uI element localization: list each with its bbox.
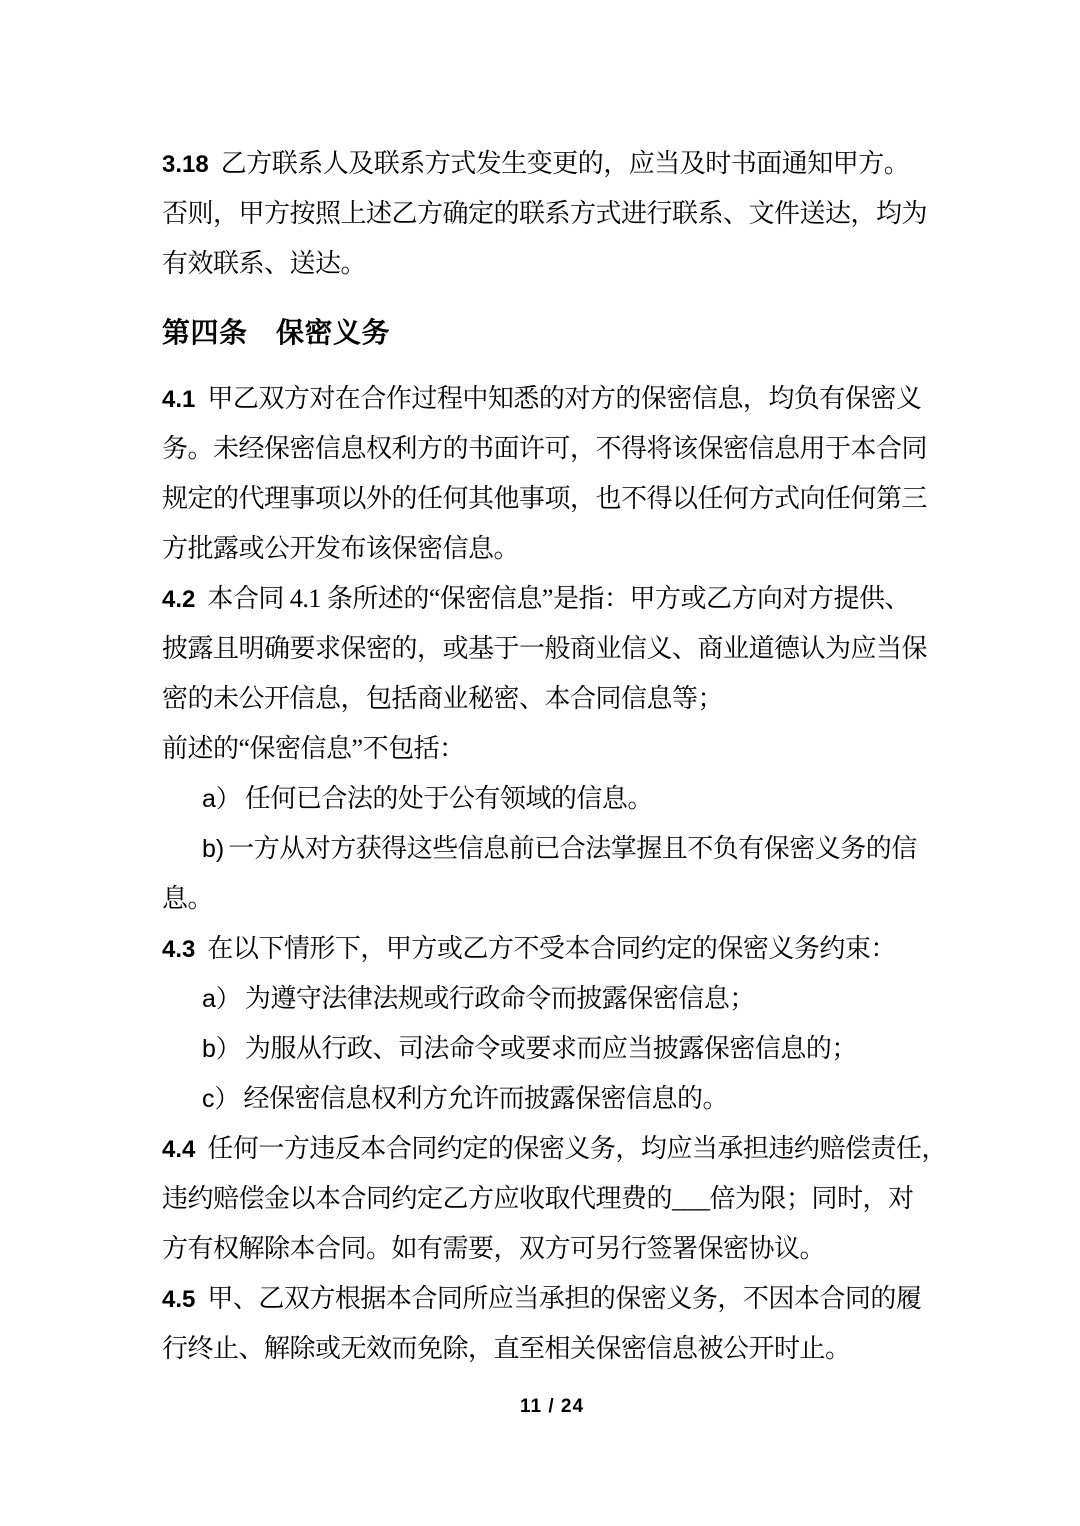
clause-text: 方批露或公开发布该保密信息。 bbox=[162, 534, 519, 563]
clause-4-3-line-1: 4.3在以下情形下，甲方或乙方不受本合同约定的保密义务约束： bbox=[162, 924, 942, 974]
clause-text: 披露且明确要求保密的，或基于一般商业信义、商业道德认为应当保 bbox=[162, 634, 927, 663]
clause-number: 4.3 bbox=[162, 936, 195, 963]
clause-4-5-line-1: 4.5甲、乙双方根据本合同所应当承担的保密义务，不因本合同的履 bbox=[162, 1274, 942, 1324]
clause-text: 在以下情形下，甲方或乙方不受本合同约定的保密义务约束： bbox=[207, 934, 896, 963]
clause-number: 4.4 bbox=[162, 1136, 195, 1163]
clause-text: 甲、乙双方根据本合同所应当承担的保密义务，不因本合同的履 bbox=[207, 1284, 921, 1313]
clause-text: 方有权解除本合同。如有需要，双方可另行签署保密协议。 bbox=[162, 1234, 825, 1263]
clause-4-2-line-4: 前述的“保密信息”不包括： bbox=[162, 724, 942, 774]
clause-text: 违约赔偿金以本合同约定乙方应收取代理费的___倍为限；同时，对 bbox=[162, 1184, 914, 1213]
clause-text: 行终止、解除或无效而免除，直至相关保密信息被公开时止。 bbox=[162, 1334, 851, 1363]
clause-text: 密的未公开信息，包括商业秘密、本合同信息等； bbox=[162, 684, 723, 713]
clause-text: 务。未经保密信息权利方的书面许可，不得将该保密信息用于本合同 bbox=[162, 434, 927, 463]
item-label: a） bbox=[202, 785, 241, 813]
clause-4-3-item-a: a）为遵守法律法规或行政命令而披露保密信息； bbox=[162, 974, 942, 1024]
clause-3-18-line-3: 有效联系、送达。 bbox=[162, 239, 942, 289]
clause-4-1-line-1: 4.1甲乙双方对在合作过程中知悉的对方的保密信息，均负有保密义 bbox=[162, 374, 942, 424]
clause-text: 乙方联系人及联系方式发生变更的，应当及时书面通知甲方。 bbox=[221, 149, 910, 178]
clause-3-18-line-2: 否则，甲方按照上述乙方确定的联系方式进行联系、文件送达，均为 bbox=[162, 189, 942, 239]
item-text: 任何已合法的处于公有领域的信息。 bbox=[245, 784, 653, 813]
clause-4-4-line-2: 违约赔偿金以本合同约定乙方应收取代理费的___倍为限；同时，对 bbox=[162, 1174, 942, 1224]
clause-text: 甲乙双方对在合作过程中知悉的对方的保密信息，均负有保密义 bbox=[207, 384, 921, 413]
item-text: 为服从行政、司法命令或要求而应当披露保密信息的； bbox=[245, 1034, 857, 1063]
clause-4-2-line-1: 4.2本合同 4.1 条所述的“保密信息”是指：甲方或乙方向对方提供、 bbox=[162, 574, 942, 624]
clause-text: 规定的代理事项以外的任何其他事项，也不得以任何方式向任何第三 bbox=[162, 484, 927, 513]
clause-4-3-item-b: b）为服从行政、司法命令或要求而应当披露保密信息的； bbox=[162, 1024, 942, 1074]
clause-4-4-line-1: 4.4任何一方违反本合同约定的保密义务，均应当承担违约赔偿责任， bbox=[162, 1124, 942, 1174]
clause-4-1-line-2: 务。未经保密信息权利方的书面许可，不得将该保密信息用于本合同 bbox=[162, 424, 942, 474]
clause-text: 前述的“保密信息”不包括： bbox=[162, 734, 465, 763]
clause-number: 4.2 bbox=[162, 586, 195, 613]
item-label: b） bbox=[202, 1035, 241, 1063]
clause-number: 4.1 bbox=[162, 386, 195, 413]
clause-4-3-item-c: c）经保密信息权利方允许而披露保密信息的。 bbox=[162, 1074, 942, 1124]
section-4-heading: 第四条 保密义务 bbox=[162, 308, 942, 358]
item-text: 息。 bbox=[162, 884, 213, 913]
page-number: 11 / 24 bbox=[162, 1396, 942, 1418]
clause-3-18-line-1: 3.18乙方联系人及联系方式发生变更的，应当及时书面通知甲方。 bbox=[162, 139, 942, 189]
clause-4-1-line-3: 规定的代理事项以外的任何其他事项，也不得以任何方式向任何第三 bbox=[162, 474, 942, 524]
item-label: b) bbox=[202, 835, 224, 863]
item-text: 一方从对方获得这些信息前已合法掌握且不负有保密义务的信 bbox=[228, 834, 917, 863]
clause-4-2-line-3: 密的未公开信息，包括商业秘密、本合同信息等； bbox=[162, 674, 942, 724]
clause-4-1-line-4: 方批露或公开发布该保密信息。 bbox=[162, 524, 942, 574]
item-text: 经保密信息权利方允许而披露保密信息的。 bbox=[244, 1084, 729, 1113]
clause-text: 任何一方违反本合同约定的保密义务，均应当承担违约赔偿责任， bbox=[207, 1134, 947, 1163]
clause-number: 4.5 bbox=[162, 1286, 195, 1313]
clause-number: 3.18 bbox=[162, 151, 209, 178]
clause-4-2-item-a: a）任何已合法的处于公有领域的信息。 bbox=[162, 774, 942, 824]
item-label: c） bbox=[202, 1085, 240, 1113]
clause-4-4-line-3: 方有权解除本合同。如有需要，双方可另行签署保密协议。 bbox=[162, 1224, 942, 1274]
clause-4-2-item-b-line-2: 息。 bbox=[162, 874, 942, 924]
clause-4-2-line-2: 披露且明确要求保密的，或基于一般商业信义、商业道德认为应当保 bbox=[162, 624, 942, 674]
document-body: 3.18乙方联系人及联系方式发生变更的，应当及时书面通知甲方。 否则，甲方按照上… bbox=[162, 139, 942, 1418]
item-label: a） bbox=[202, 985, 241, 1013]
clause-text: 否则，甲方按照上述乙方确定的联系方式进行联系、文件送达，均为 bbox=[162, 199, 927, 228]
contract-document-page: 3.18乙方联系人及联系方式发生变更的，应当及时书面通知甲方。 否则，甲方按照上… bbox=[0, 0, 1080, 1526]
item-text: 为遵守法律法规或行政命令而披露保密信息； bbox=[245, 984, 755, 1013]
clause-4-5-line-2: 行终止、解除或无效而免除，直至相关保密信息被公开时止。 bbox=[162, 1324, 942, 1374]
clause-text: 有效联系、送达。 bbox=[162, 249, 366, 278]
clause-text: 本合同 4.1 条所述的“保密信息”是指：甲方或乙方向对方提供、 bbox=[207, 584, 910, 613]
clause-4-2-item-b-line-1: b)一方从对方获得这些信息前已合法掌握且不负有保密义务的信 bbox=[162, 824, 942, 874]
